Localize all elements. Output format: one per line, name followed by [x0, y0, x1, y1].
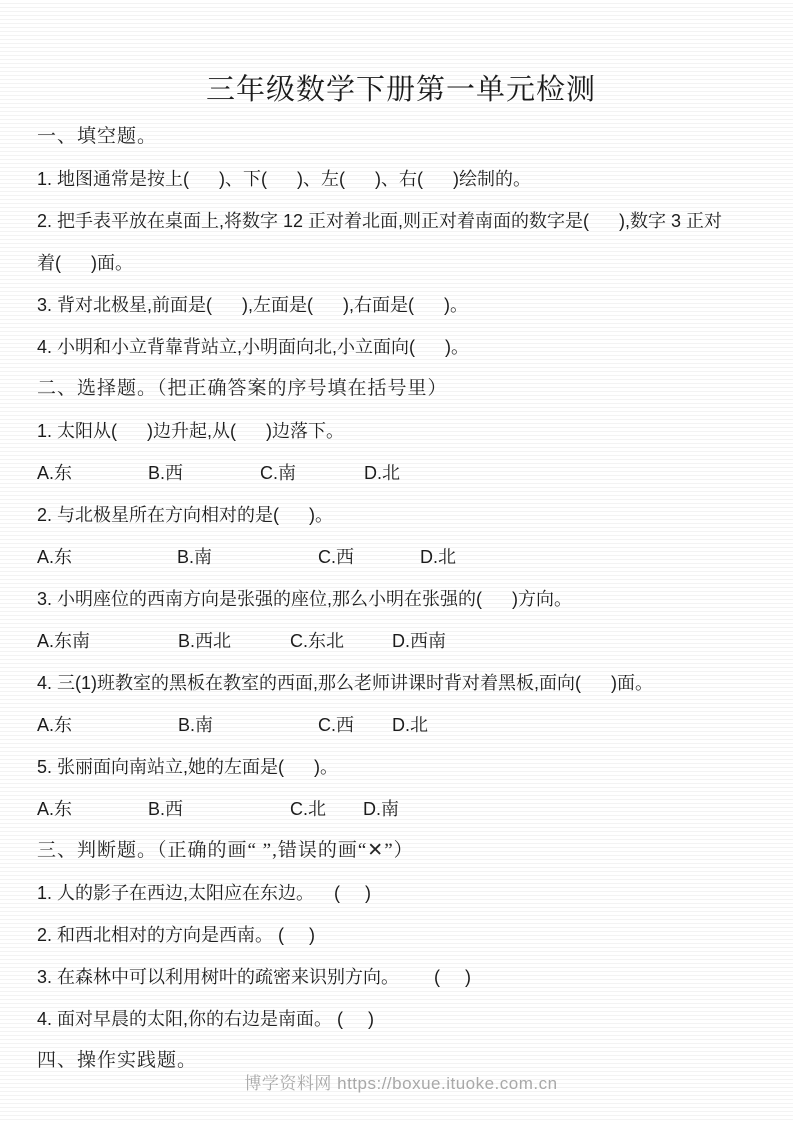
choice-question-2: 2. 与北极星所在方向相对的是( )。 — [37, 494, 765, 536]
option-d: D.北 — [420, 536, 456, 578]
fill-blank-question-1: 1. 地图通常是按上( )、下( )、左( )、右( )绘制的。 — [37, 158, 765, 200]
option-d: D.北 — [364, 452, 400, 494]
judge-question-1: 1. 人的影子在西边,太阳应在东边。 ( ) — [37, 872, 765, 914]
judge-question-3: 3. 在森林中可以利用树叶的疏密来识别方向。 ( ) — [37, 956, 765, 998]
option-b: B.南 — [178, 704, 318, 746]
option-c: C.西 — [318, 704, 392, 746]
choice-question-4: 4. 三(1)班教室的黑板在教室的西面,那么老师讲课时背对着黑板,面向( )面。 — [37, 662, 765, 704]
option-a: A.东 — [37, 536, 177, 578]
section-3-heading: 三、判断题。（正确的画“ ”,错误的画“✕”） — [37, 830, 765, 872]
option-a: A.东 — [37, 788, 148, 830]
choice-question-1: 1. 太阳从( )边升起,从( )边落下。 — [37, 410, 765, 452]
choice-question-1-options: A.东B.西C.南D.北 — [37, 452, 765, 494]
option-b: B.南 — [177, 536, 318, 578]
option-c: C.东北 — [290, 620, 392, 662]
option-d: D.北 — [392, 704, 428, 746]
choice-question-3-options: A.东南B.西北C.东北D.西南 — [37, 620, 765, 662]
option-c: C.南 — [260, 452, 364, 494]
judge-question-4: 4. 面对早晨的太阳,你的右边是南面。 ( ) — [37, 998, 765, 1040]
option-d: D.西南 — [392, 620, 446, 662]
option-a: A.东 — [37, 704, 178, 746]
section-1-heading: 一、填空题。 — [37, 116, 765, 158]
judge-question-2: 2. 和西北相对的方向是西南。 ( ) — [37, 914, 765, 956]
option-c: C.西 — [318, 536, 420, 578]
page-title: 三年级数学下册第一单元检测 — [37, 72, 765, 108]
choice-question-3: 3. 小明座位的西南方向是张强的座位,那么小明在张强的( )方向。 — [37, 578, 765, 620]
worksheet-page: 三年级数学下册第一单元检测 一、填空题。 1. 地图通常是按上( )、下( )、… — [0, 0, 793, 1122]
section-2-heading: 二、选择题。（把正确答案的序号填在括号里） — [37, 368, 765, 410]
option-d: D.南 — [363, 788, 399, 830]
option-b: B.西北 — [178, 620, 290, 662]
fill-blank-question-4: 4. 小明和小立背靠背站立,小明面向北,小立面向( )。 — [37, 326, 765, 368]
option-a: A.东 — [37, 452, 148, 494]
choice-question-5: 5. 张丽面向南站立,她的左面是( )。 — [37, 746, 765, 788]
choice-question-2-options: A.东B.南C.西D.北 — [37, 536, 765, 578]
choice-question-4-options: A.东B.南C.西D.北 — [37, 704, 765, 746]
option-a: A.东南 — [37, 620, 178, 662]
choice-question-5-options: A.东B.西C.北D.南 — [37, 788, 765, 830]
option-b: B.西 — [148, 452, 260, 494]
option-b: B.西 — [148, 788, 290, 830]
option-c: C.北 — [290, 788, 363, 830]
fill-blank-question-2: 2. 把手表平放在桌面上,将数字 12 正对着北面,则正对着南面的数字是( ),… — [37, 200, 765, 284]
fill-blank-question-3: 3. 背对北极星,前面是( ),左面是( ),右面是( )。 — [37, 284, 765, 326]
